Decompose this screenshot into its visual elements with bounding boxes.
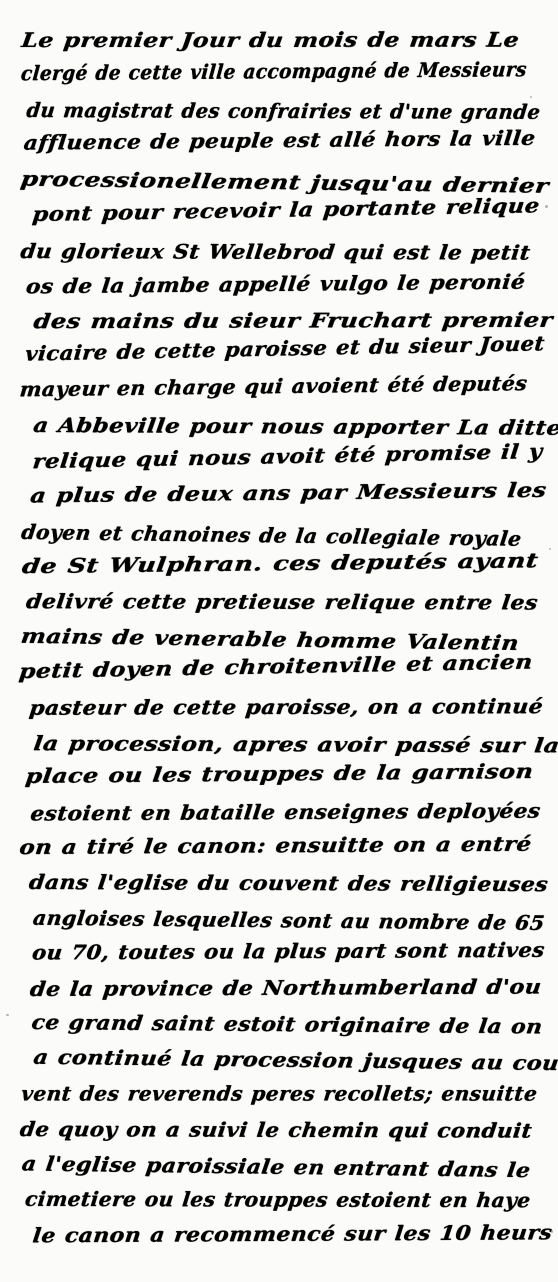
scan-artifact <box>530 96 532 98</box>
manuscript-line: os de la jambe appellé vulgo le peronié <box>24 264 527 304</box>
manuscript-line: a plus de deux ans par Messieurs les <box>28 473 548 514</box>
manuscript-lines: Le premier Jour du mois de mars Leclergé… <box>16 22 550 1252</box>
manuscript-line: pasteur de cette paroisse, on a continué <box>27 689 544 726</box>
manuscript-line: de la province de Northumberland d'ou <box>28 969 543 1007</box>
manuscript-line: vent des reverends peres recollets; ensu… <box>19 1077 539 1112</box>
manuscript-line: de St Wulphran. ces deputés ayant <box>20 543 540 584</box>
scan-artifact <box>551 1230 553 1233</box>
manuscript-line: estoient en bataille enseignes deployées <box>29 794 543 832</box>
scanned-manuscript-page: Le premier Jour du mois de mars Leclergé… <box>0 0 558 1282</box>
manuscript-line: affluence de peuple est allé hors la vil… <box>22 121 537 161</box>
manuscript-line: delivré cette pretieuse relique entre le… <box>24 584 540 620</box>
manuscript-line: mayeur en charge qui avoient été deputés <box>18 366 529 407</box>
scan-artifact <box>545 205 548 208</box>
manuscript-line: le canon a recommencé sur les 10 heurs <box>31 1215 554 1253</box>
manuscript-line: dans l'eglise du couvent des relligieuse… <box>27 865 550 902</box>
manuscript-line: ou 70, toutes ou la plus part sont nativ… <box>30 932 546 970</box>
manuscript-line: cimetiere ou les trouppes estoient en ha… <box>23 1181 532 1217</box>
manuscript-line: clergé de cette ville accompagné de Mess… <box>19 52 528 91</box>
manuscript-line: a continué la procession jusques au cou <box>31 1040 558 1082</box>
scan-artifact <box>6 1014 9 1016</box>
scan-artifact <box>549 548 551 550</box>
manuscript-line: de quoy on a suivi le chemin qui conduit <box>18 1112 534 1149</box>
manuscript-line: ce grand saint estoit originaire de la o… <box>30 1005 545 1045</box>
manuscript-line: place ou les trouppes de la garnison <box>23 754 535 794</box>
manuscript-line: on a tiré le canon: ensuitte on a entré <box>18 827 534 866</box>
